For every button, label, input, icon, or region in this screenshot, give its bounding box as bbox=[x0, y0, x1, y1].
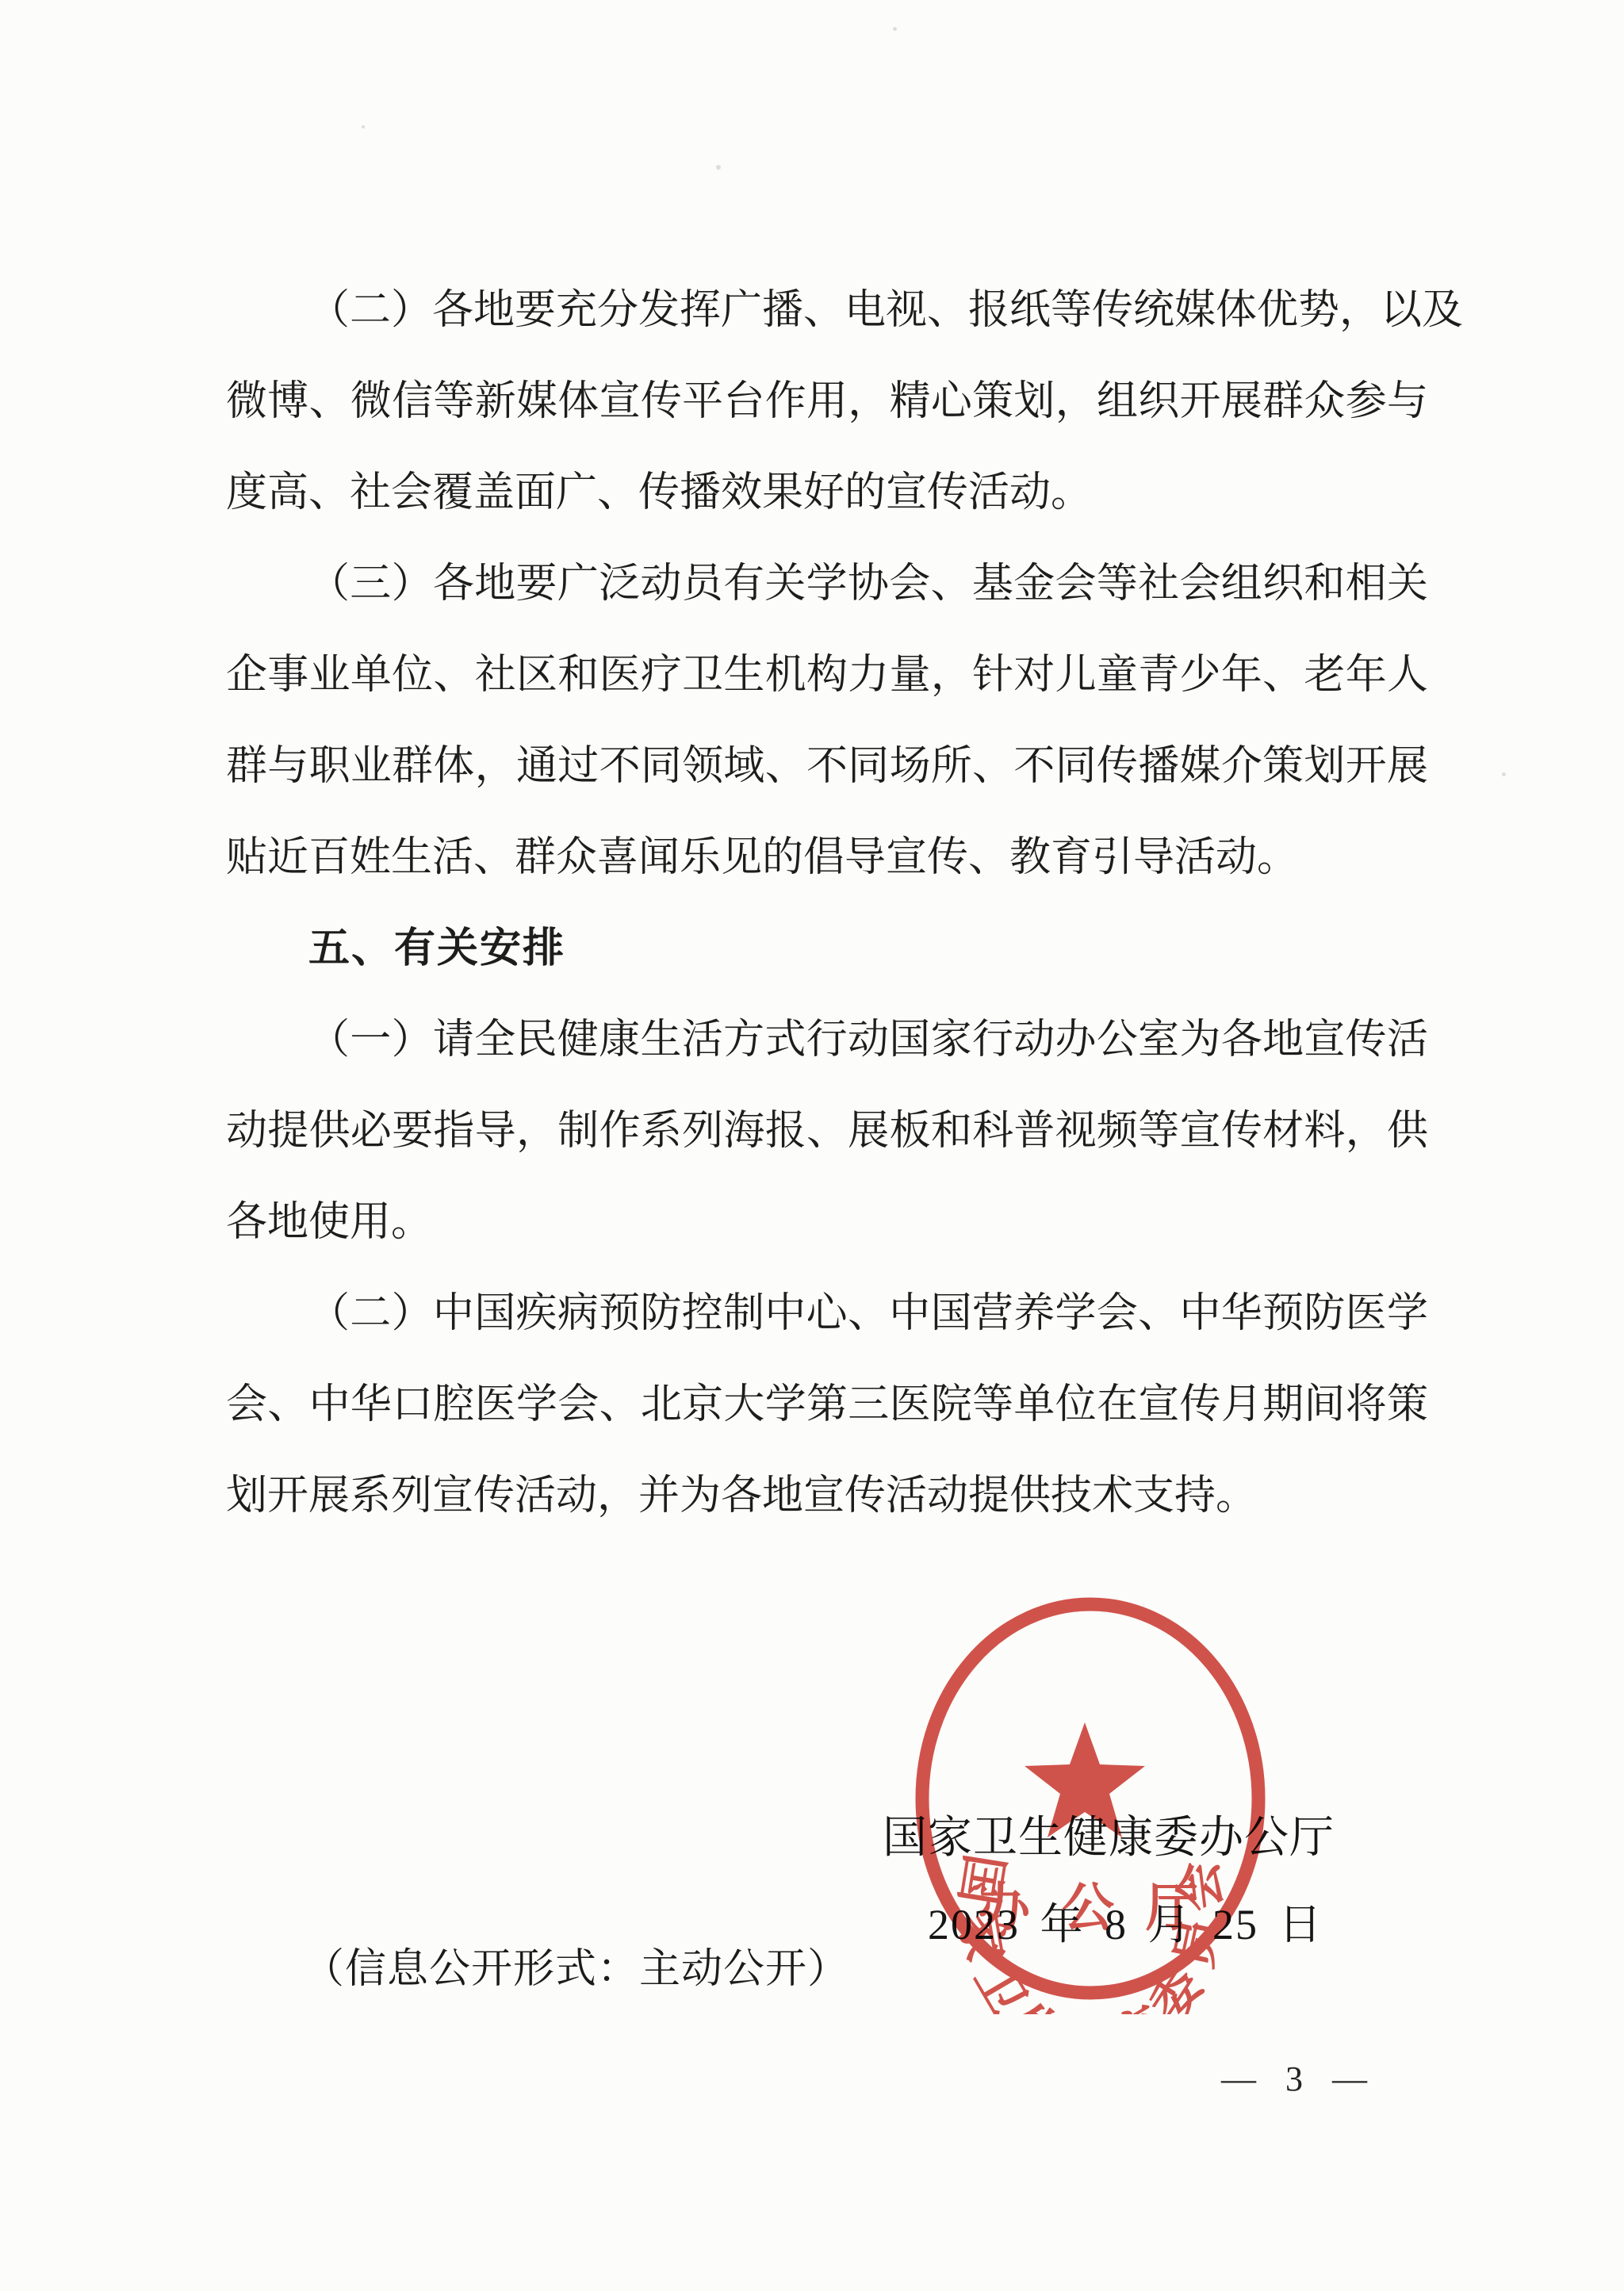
body-line: 企事业单位、社区和医疗卫生机构力量，针对儿童青少年、老年人 bbox=[226, 630, 1428, 721]
body-line: （二）中国疾病预防控制中心、中国营养学会、中华预防医学 bbox=[226, 1268, 1428, 1359]
body-line: 各地使用。 bbox=[226, 1177, 1428, 1268]
body-line: （三）各地要广泛动员有关学协会、基金会等社会组织和相关 bbox=[226, 538, 1428, 630]
body-line: （一）请全民健康生活方式行动国家行动办公室为各地宣传活 bbox=[226, 994, 1428, 1086]
scan-speck bbox=[1502, 772, 1506, 776]
body-line: 度高、社会覆盖面广、传播效果好的宣传活动。 bbox=[226, 447, 1428, 538]
official-seal-stamp: 国家卫生健康委员会 办公厅 bbox=[904, 1594, 1277, 2014]
scan-speck bbox=[716, 165, 721, 170]
scan-speck bbox=[362, 125, 365, 128]
page-number: — 3 — bbox=[1221, 2057, 1367, 2101]
scan-speck bbox=[893, 27, 897, 31]
body-line: 群与职业群体，通过不同领域、不同场所、不同传播媒介策划开展 bbox=[226, 721, 1428, 812]
body-line: 划开展系列宣传活动，并为各地宣传活动提供技术支持。 bbox=[226, 1450, 1428, 1542]
body-line: （二）各地要充分发挥广播、电视、报纸等传统媒体优势，以及 bbox=[226, 265, 1428, 356]
document-page: （二）各地要充分发挥广播、电视、报纸等传统媒体优势，以及 微博、微信等新媒体宣传… bbox=[0, 0, 1624, 2291]
document-body: （二）各地要充分发挥广播、电视、报纸等传统媒体优势，以及 微博、微信等新媒体宣传… bbox=[226, 265, 1428, 1542]
body-line: 会、中华口腔医学会、北京大学第三医院等单位在宣传月期间将策 bbox=[226, 1359, 1428, 1450]
body-line: 微博、微信等新媒体宣传平台作用，精心策划，组织开展群众参与 bbox=[226, 356, 1428, 447]
disclosure-note: （信息公开形式：主动公开） bbox=[303, 1943, 849, 1997]
star-icon bbox=[1025, 1722, 1145, 1837]
seal-bottom-text: 办公厅 bbox=[978, 1879, 1230, 1937]
body-line: 贴近百姓生活、群众喜闻乐见的倡导宣传、教育引导活动。 bbox=[226, 812, 1428, 903]
section-heading: 五、有关安排 bbox=[226, 903, 1428, 994]
body-line: 动提供必要指导，制作系列海报、展板和科普视频等宣传材料，供 bbox=[226, 1086, 1428, 1177]
